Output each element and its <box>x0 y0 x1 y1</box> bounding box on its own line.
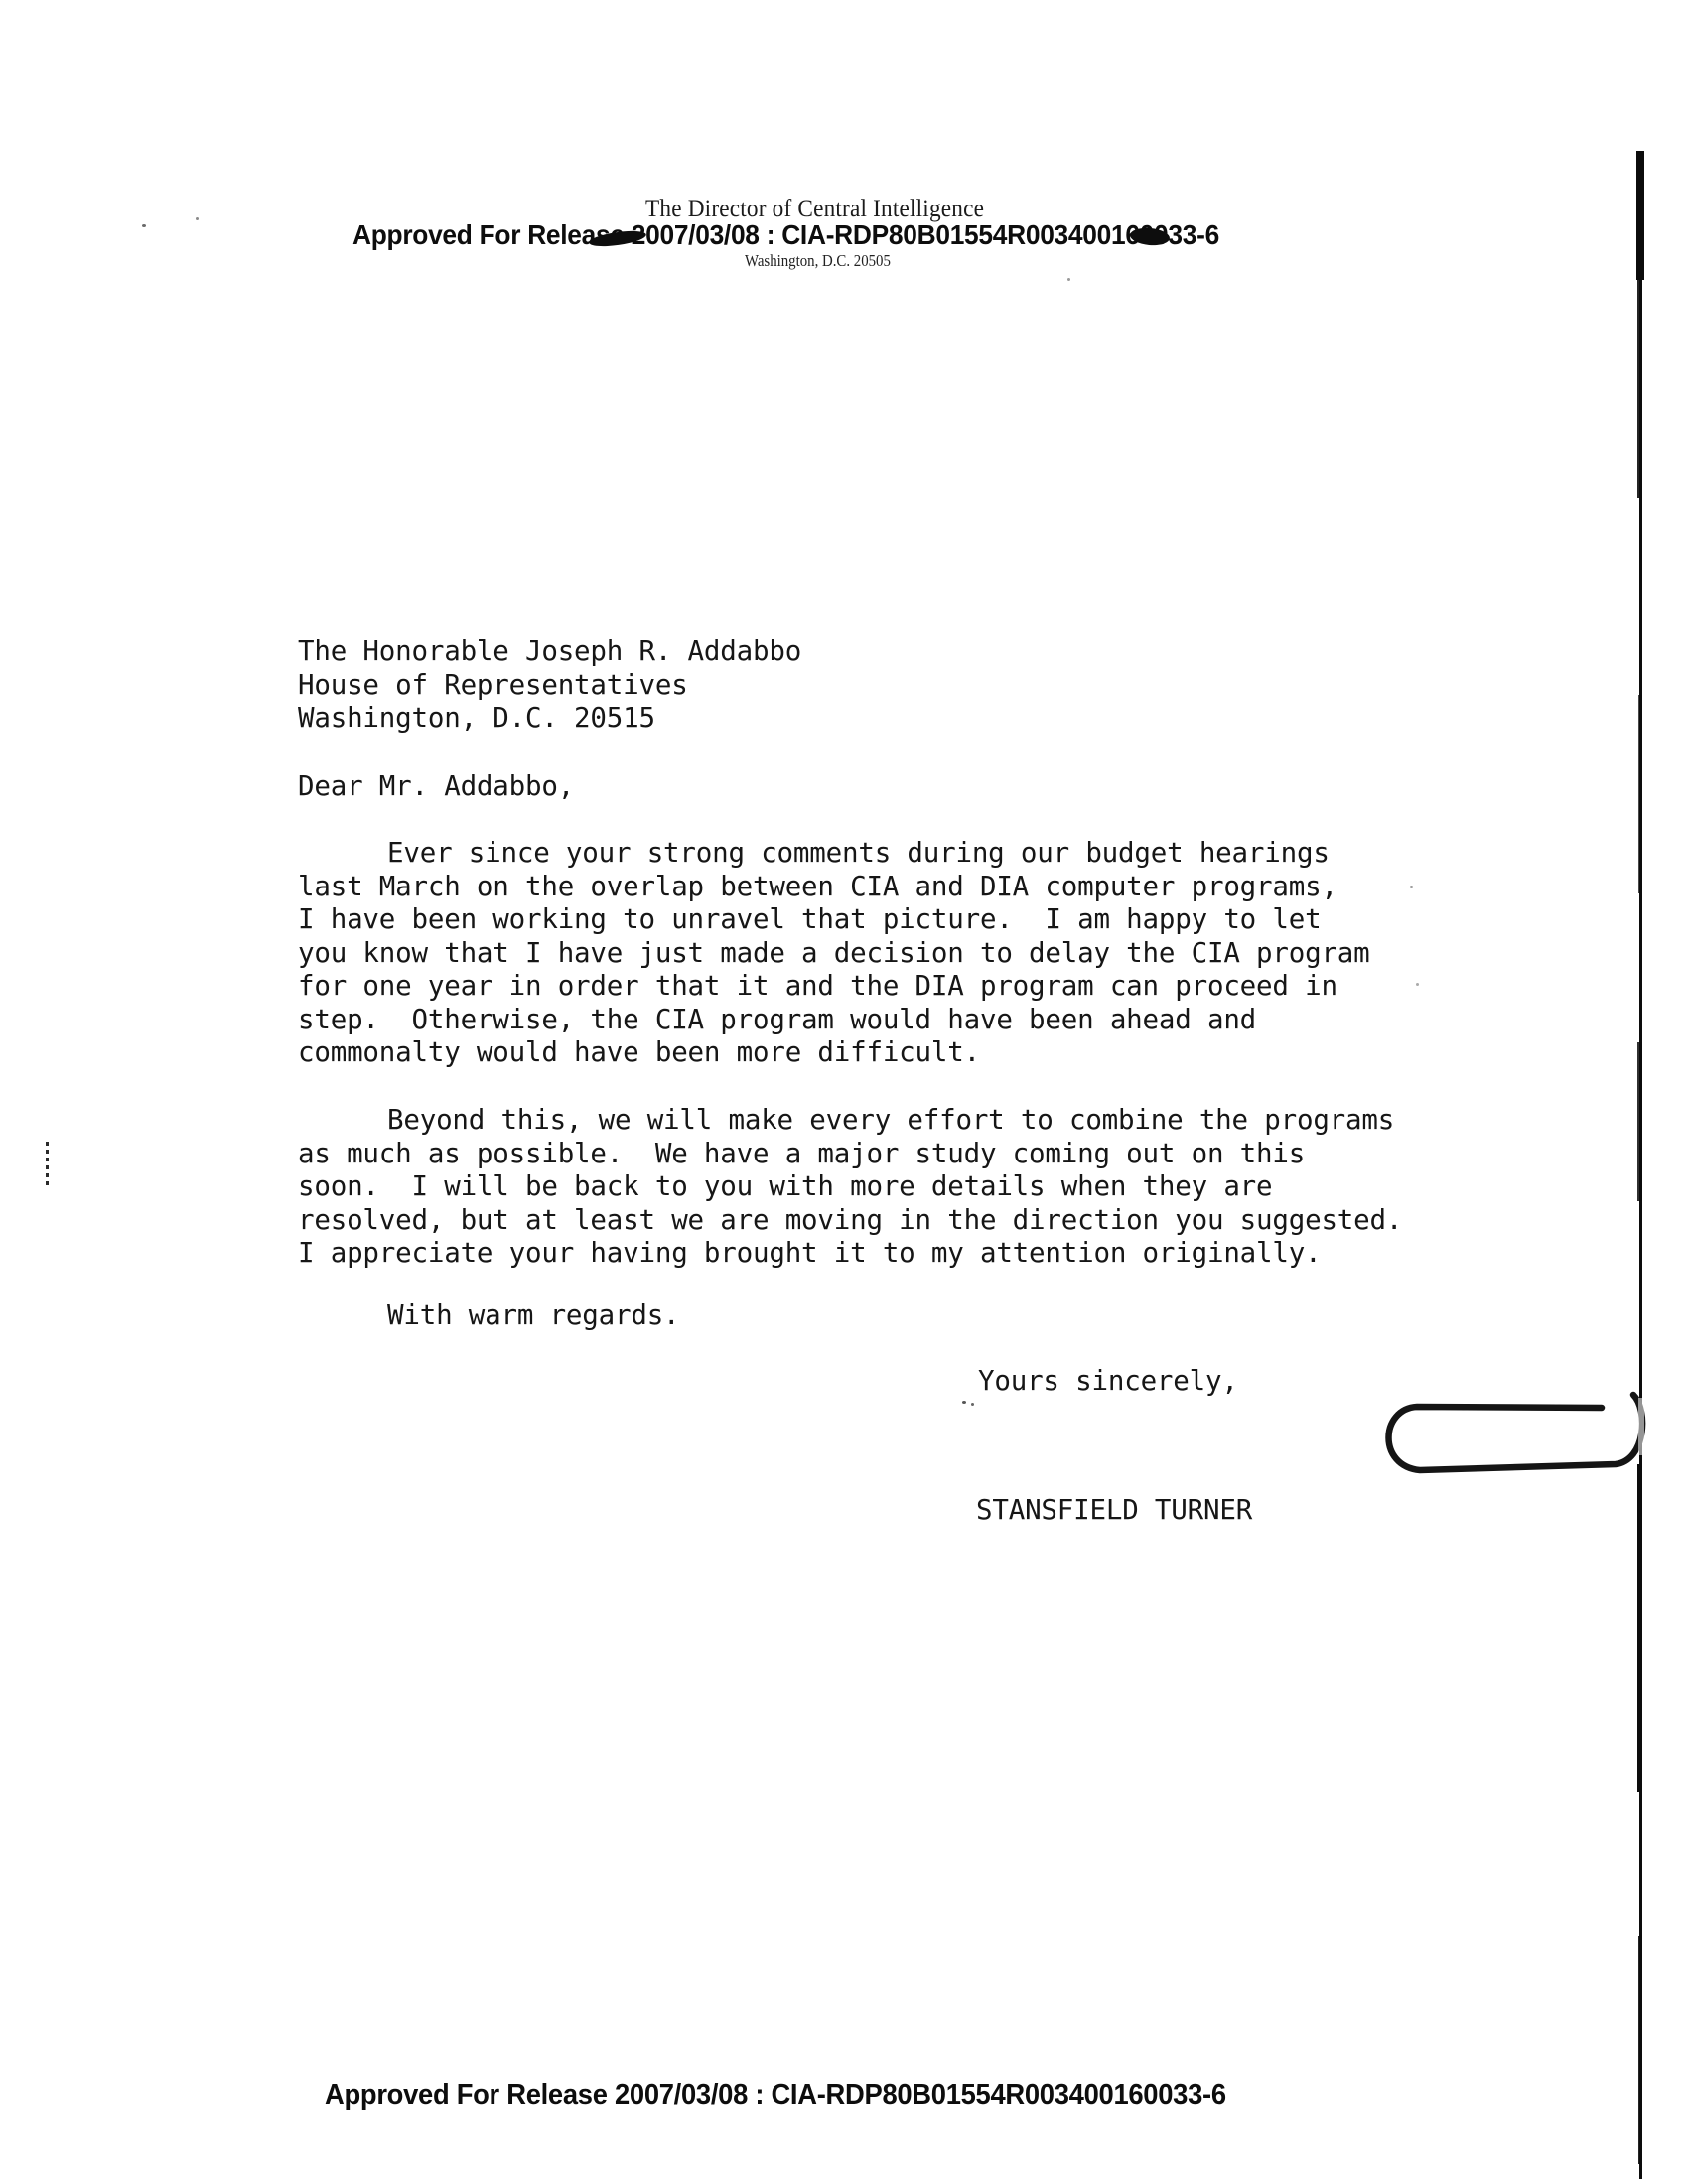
body-paragraph-1: Ever since your strong comments during o… <box>298 837 1370 1070</box>
body-line: I have been working to unravel that pict… <box>298 903 1370 937</box>
scan-edge-fade <box>1638 1398 1644 1455</box>
valediction: Yours sincerely, <box>978 1365 1238 1399</box>
scan-speck <box>1416 983 1419 986</box>
scan-edge-blob <box>1638 695 1642 893</box>
recipient-address-block: The Honorable Joseph R. Addabbo House of… <box>298 635 801 736</box>
body-line: Ever since your strong comments during o… <box>387 837 1370 871</box>
scan-edge-blob <box>1637 1042 1642 1201</box>
scan-speck <box>1067 278 1070 281</box>
scan-speck <box>142 224 146 227</box>
body-line: I appreciate your having brought it to m… <box>298 1237 1402 1271</box>
scan-speck <box>962 1401 966 1404</box>
scan-edge-blob <box>1637 280 1642 498</box>
paperclip-icon <box>1365 1385 1653 1484</box>
recipient-line: House of Representatives <box>298 669 801 703</box>
body-line: you know that I have just made a decisio… <box>298 937 1370 971</box>
scanned-letter-page: The Director of Central Intelligence App… <box>0 0 1688 2184</box>
scan-speck <box>971 1403 974 1406</box>
letterhead-address: Washington, D.C. 20505 <box>745 251 891 271</box>
scan-edge-blob <box>1637 1464 1642 1792</box>
recipient-line: Washington, D.C. 20515 <box>298 702 801 736</box>
release-stamp-bottom: Approved For Release 2007/03/08 : CIA-RD… <box>325 2079 1226 2112</box>
scan-edge-blob <box>1636 151 1644 280</box>
scan-speck <box>196 217 199 220</box>
closing-line: With warm regards. <box>387 1299 679 1333</box>
body-line: commonalty would have been more difficul… <box>298 1036 1370 1070</box>
body-paragraph-2: Beyond this, we will make every effort t… <box>298 1104 1402 1271</box>
signature-name: STANSFIELD TURNER <box>976 1494 1252 1528</box>
body-line: for one year in order that it and the DI… <box>298 970 1370 1004</box>
scan-edge-blob <box>1638 1936 1642 2164</box>
body-line: soon. I will be back to you with more de… <box>298 1170 1402 1204</box>
body-line: step. Otherwise, the CIA program would h… <box>298 1004 1370 1037</box>
release-stamp-top: Approved For Release 2007/03/08 : CIA-RD… <box>352 219 1219 251</box>
body-line: resolved, but at least we are moving in … <box>298 1204 1402 1238</box>
body-line: last March on the overlap between CIA an… <box>298 871 1370 904</box>
scan-dotted-mark <box>46 1142 49 1189</box>
body-line: Beyond this, we will make every effort t… <box>387 1104 1402 1138</box>
scan-speck <box>1410 886 1413 888</box>
recipient-line: The Honorable Joseph R. Addabbo <box>298 635 801 669</box>
salutation: Dear Mr. Addabbo, <box>298 770 574 804</box>
body-line: as much as possible. We have a major stu… <box>298 1138 1402 1171</box>
